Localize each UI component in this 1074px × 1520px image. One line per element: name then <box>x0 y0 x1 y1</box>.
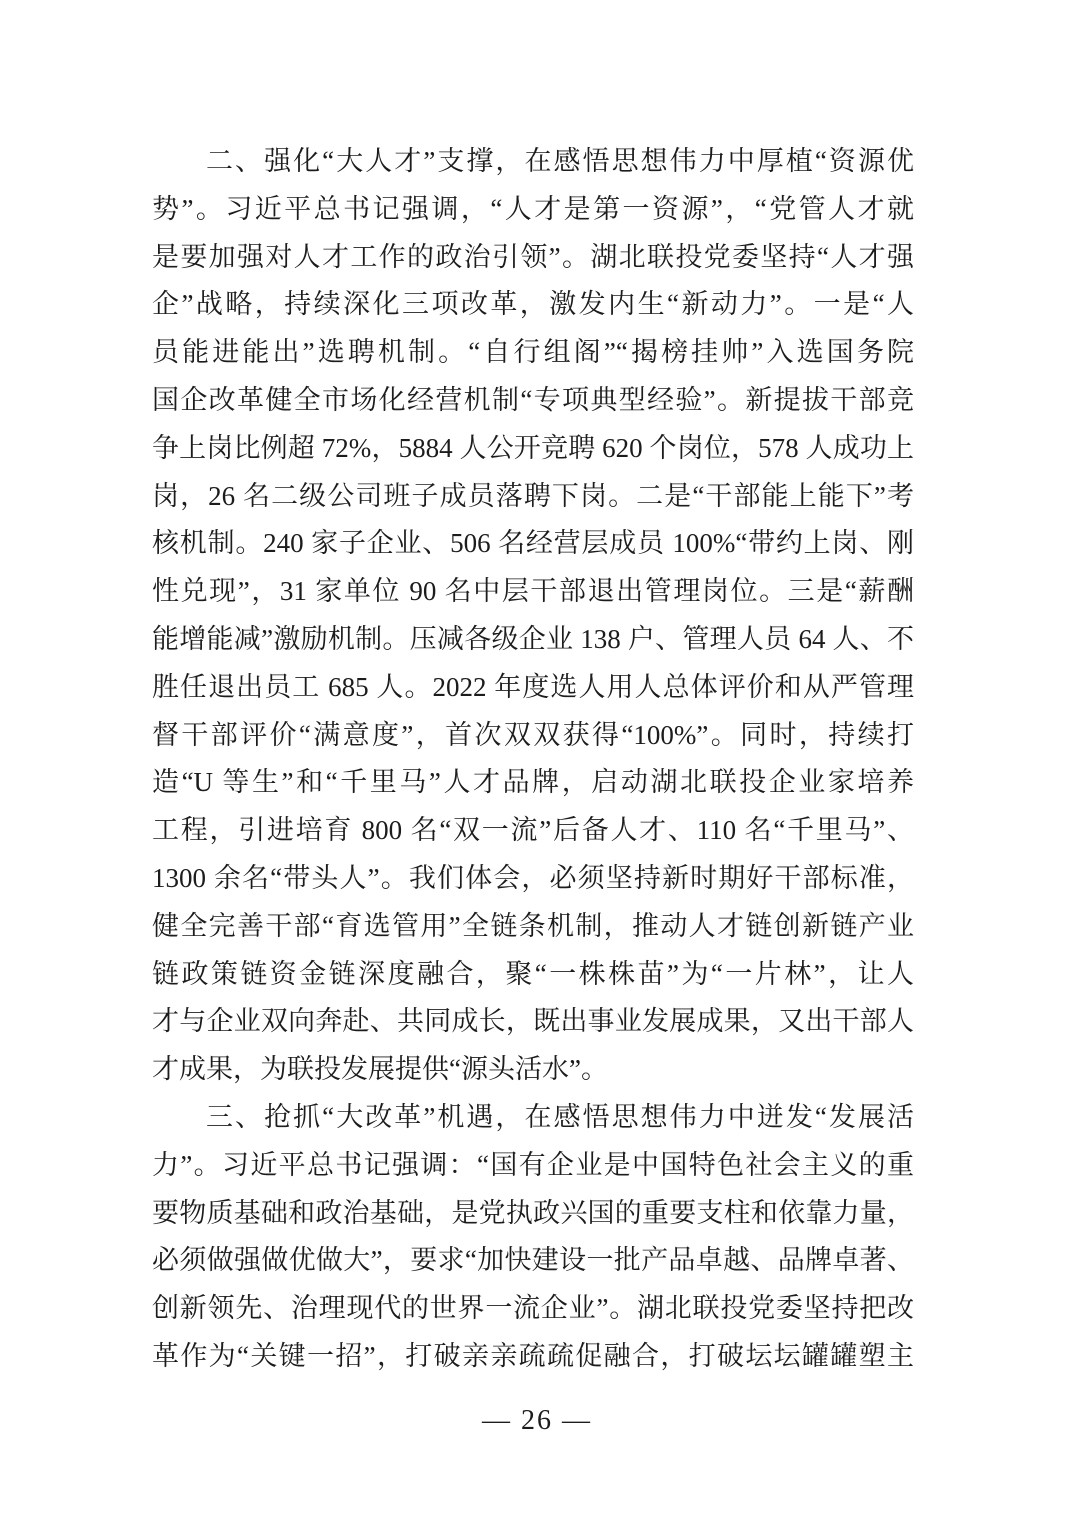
text-line: 国企改革健全市场化经营机制“专项典型经验”。新提拔干部竞 <box>152 377 914 425</box>
text-line: 性兑现”，31 家单位 90 名中层干部退出管理岗位。三是“薪酬 <box>152 568 914 616</box>
text-line: 督干部评价“满意度”，首次双双获得“100%”。同时，持续打 <box>152 712 914 760</box>
text-line: 才成果，为联投发展提供“源头活水”。 <box>152 1046 914 1094</box>
page-number: — 26 — <box>0 1405 1074 1437</box>
text-line: 革作为“关键一招”，打破亲亲疏疏促融合，打破坛坛罐罐塑主 <box>152 1333 914 1381</box>
document-body: 二、强化“大人才”支撑，在感悟思想伟力中厚植“资源优势”。习近平总书记强调，“人… <box>152 138 914 1381</box>
text-line: 三、抢抓“大改革”机遇，在感悟思想伟力中迸发“发展活 <box>152 1094 914 1142</box>
text-line: 势”。习近平总书记强调，“人才是第一资源”，“党管人才就 <box>152 186 914 234</box>
text-line: 工程，引进培育 800 名“双一流”后备人才、110 名“千里马”、 <box>152 807 914 855</box>
document-page: 二、强化“大人才”支撑，在感悟思想伟力中厚植“资源优势”。习近平总书记强调，“人… <box>0 0 1074 1520</box>
text-line: 必须做强做优做大”，要求“加快建设一批产品卓越、品牌卓著、 <box>152 1237 914 1285</box>
text-line: 造“U 等生”和“千里马”人才品牌，启动湖北联投企业家培养 <box>152 759 914 807</box>
text-line: 健全完善干部“育选管用”全链条机制，推动人才链创新链产业 <box>152 903 914 951</box>
text-line: 二、强化“大人才”支撑，在感悟思想伟力中厚植“资源优 <box>152 138 914 186</box>
text-line: 链政策链资金链深度融合，聚“一株株苗”为“一片林”，让人 <box>152 951 914 999</box>
text-line: 争上岗比例超 72%，5884 人公开竞聘 620 个岗位，578 人成功上 <box>152 425 914 473</box>
text-line: 才与企业双向奔赴、共同成长，既出事业发展成果，又出干部人 <box>152 998 914 1046</box>
text-line: 创新领先、治理现代的世界一流企业”。湖北联投党委坚持把改 <box>152 1285 914 1333</box>
text-line: 岗，26 名二级公司班子成员落聘下岗。二是“干部能上能下”考 <box>152 473 914 521</box>
text-line: 能增能减”激励机制。压减各级企业 138 户、管理人员 64 人、不 <box>152 616 914 664</box>
text-line: 企”战略，持续深化三项改革，激发内生“新动力”。一是“人 <box>152 281 914 329</box>
text-line: 1300 余名“带头人”。我们体会，必须坚持新时期好干部标准， <box>152 855 914 903</box>
text-line: 胜任退出员工 685 人。2022 年度选人用人总体评价和从严管理监 <box>152 664 914 712</box>
text-line: 要物质基础和政治基础，是党执政兴国的重要支柱和依靠力量， <box>152 1190 914 1238</box>
text-line: 员能进能出”选聘机制。“自行组阁”“揭榜挂帅”入选国务院 <box>152 329 914 377</box>
text-line: 是要加强对人才工作的政治引领”。湖北联投党委坚持“人才强 <box>152 234 914 282</box>
text-line: 力”。习近平总书记强调：“国有企业是中国特色社会主义的重 <box>152 1142 914 1190</box>
text-line: 核机制。240 家子企业、506 名经营层成员 100%“带约上岗、刚 <box>152 520 914 568</box>
